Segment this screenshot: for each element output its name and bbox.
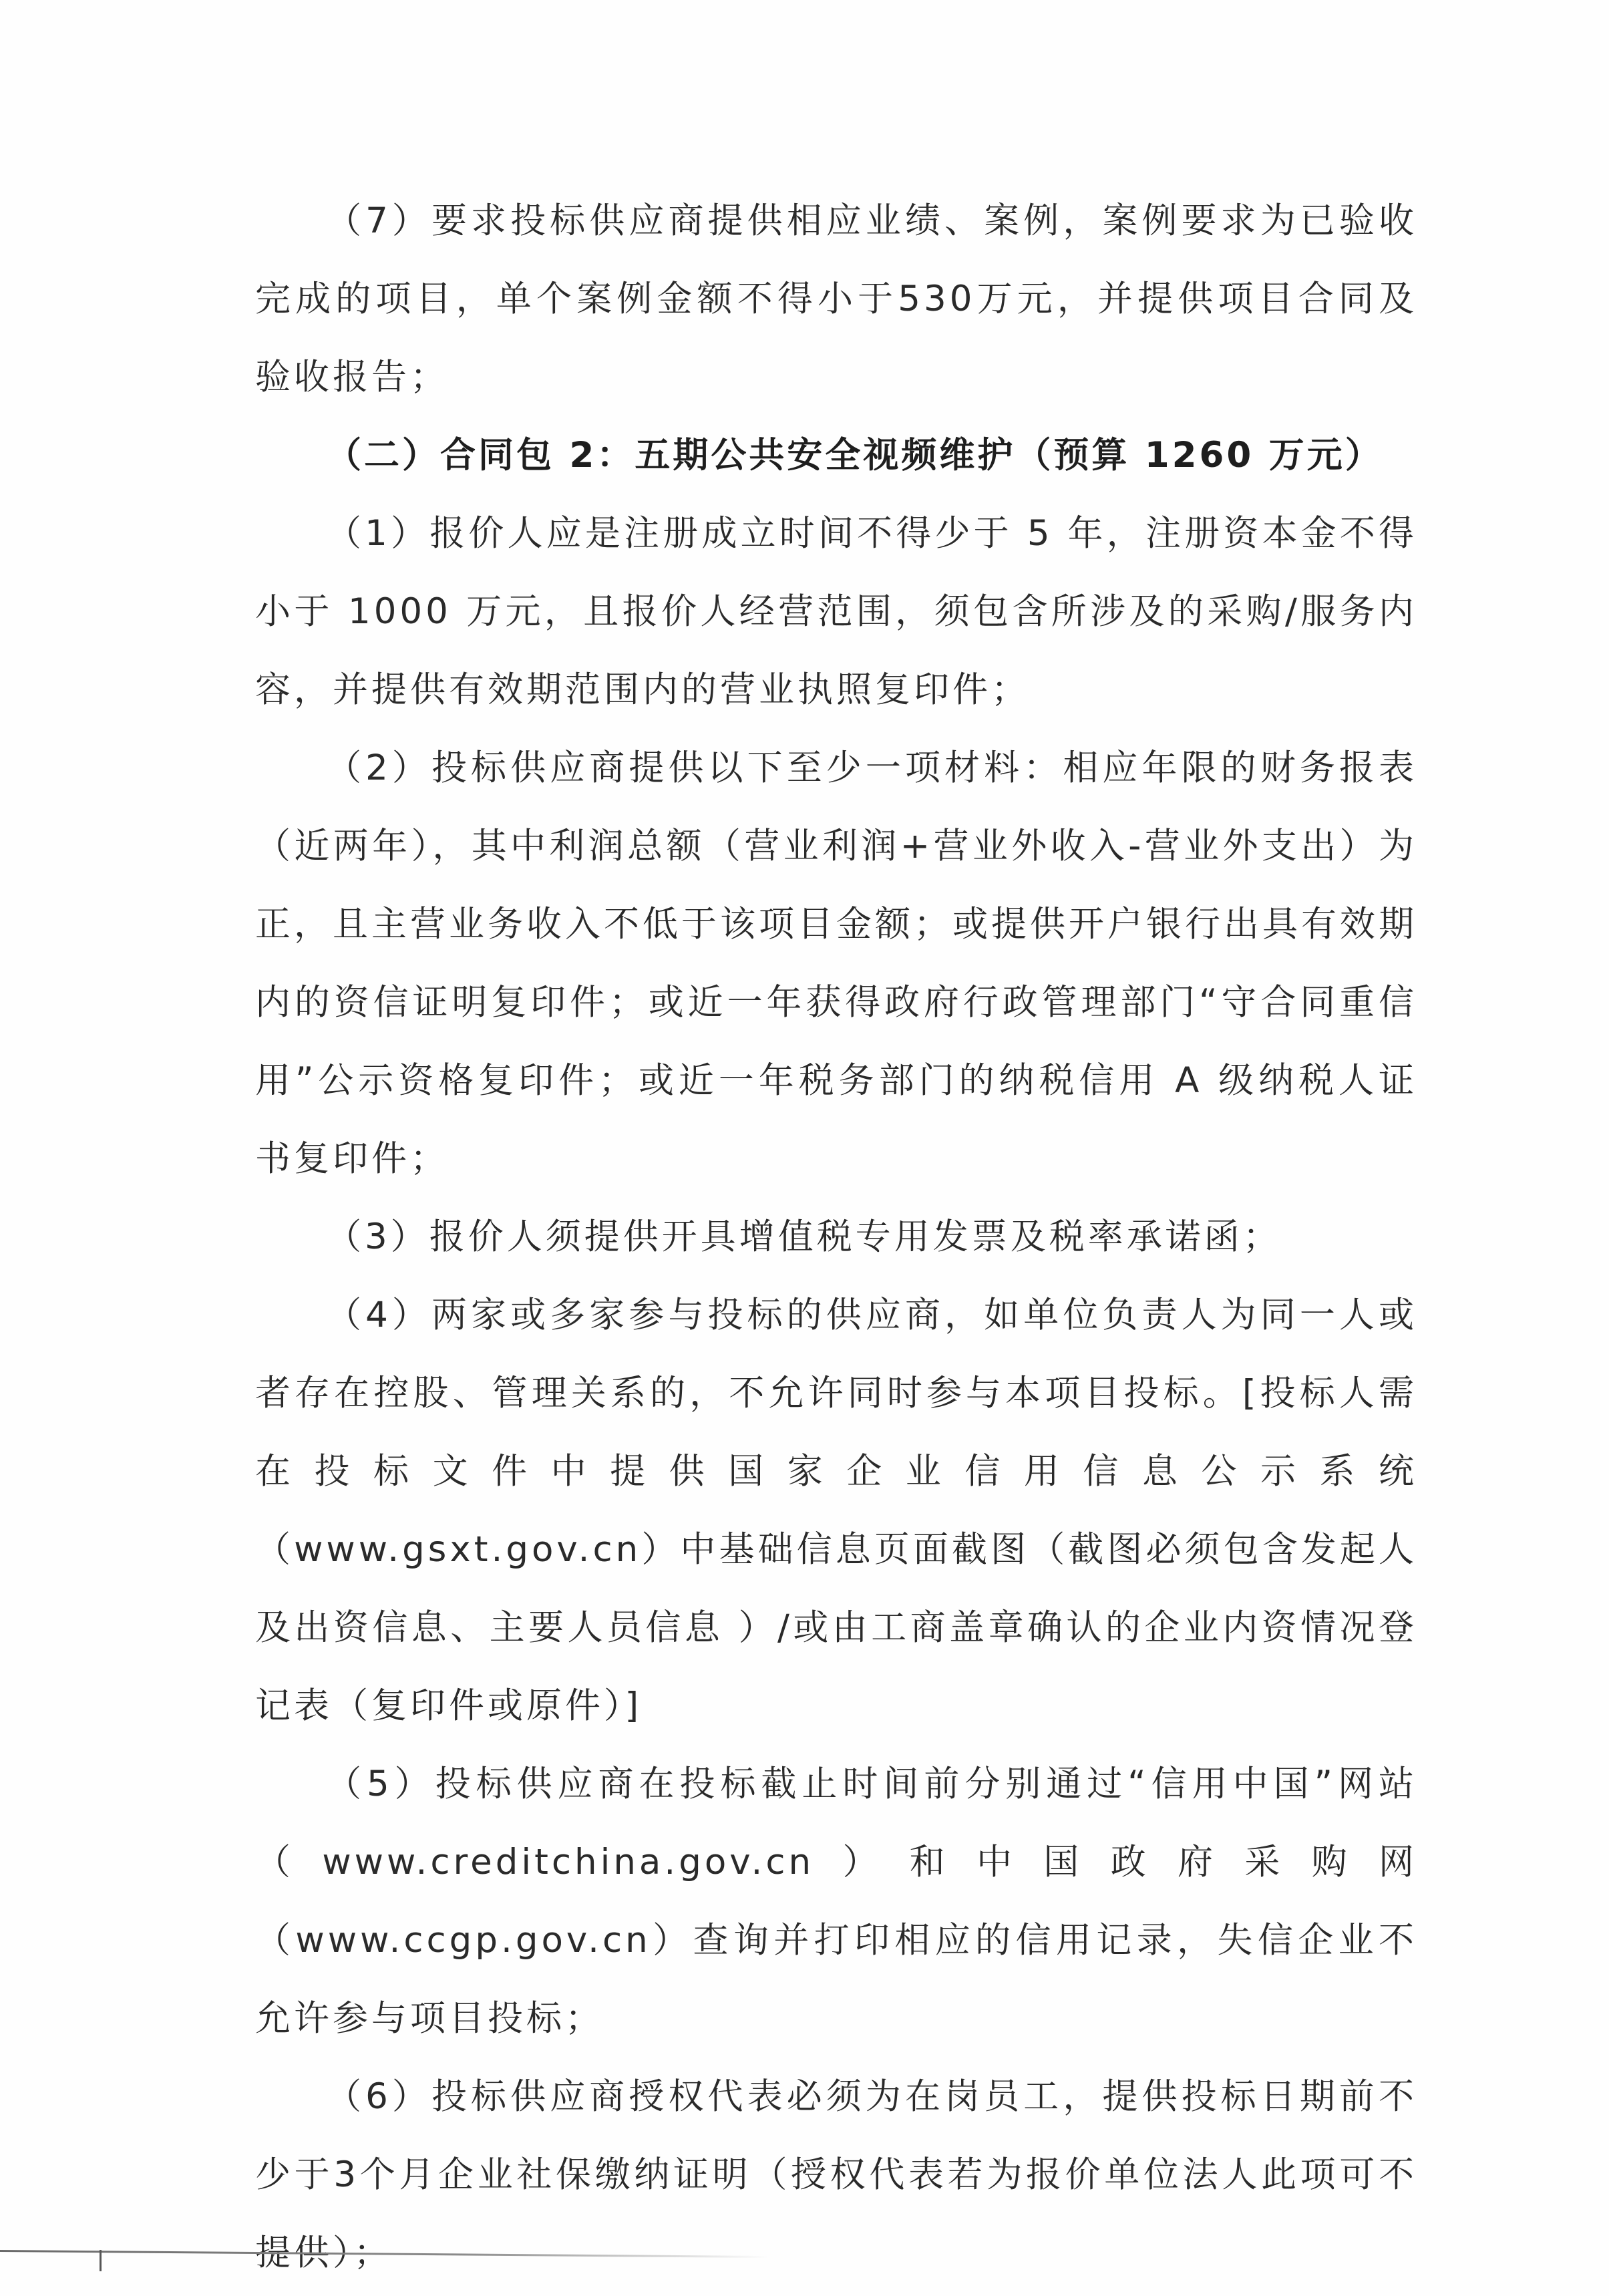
requirement-item-6: （6）投标供应商授权代表必须为在岗员工，提供投标日期前不少于3个月企业社保缴纳证… xyxy=(255,2058,1417,2292)
requirement-item-3: （3）报价人须提供开具增值税专用发票及税率承诺函； xyxy=(255,1198,1417,1276)
requirement-item-5: （5）投标供应商在投标截止时间前分别通过“信用中国”网站（www.creditc… xyxy=(255,1745,1417,2058)
requirement-item-1: （1）报价人应是注册成立时间不得少于 5 年，注册资本金不得小于 1000 万元… xyxy=(255,494,1417,729)
section-heading-contract-package-2: （二）合同包 2：五期公共安全视频维护（预算 1260 万元） xyxy=(255,416,1417,494)
requirement-item-4: （4）两家或多家参与投标的供应商，如单位负责人为同一人或者存在控股、管理关系的，… xyxy=(255,1276,1417,1745)
document-body: （7）要求投标供应商提供相应业绩、案例，案例要求为已验收完成的项目，单个案例金额… xyxy=(255,182,1417,2292)
scan-edge-tick xyxy=(100,2250,102,2271)
scan-speck xyxy=(999,2159,1000,2166)
requirement-item-7: （7）要求投标供应商提供相应业绩、案例，案例要求为已验收完成的项目，单个案例金额… xyxy=(255,182,1417,416)
requirement-item-2: （2）投标供应商提供以下至少一项材料：相应年限的财务报表（近两年），其中利润总额… xyxy=(255,729,1417,1198)
scanned-page: （7）要求投标供应商提供相应业绩、案例，案例要求为已验收完成的项目，单个案例金额… xyxy=(0,0,1609,2296)
